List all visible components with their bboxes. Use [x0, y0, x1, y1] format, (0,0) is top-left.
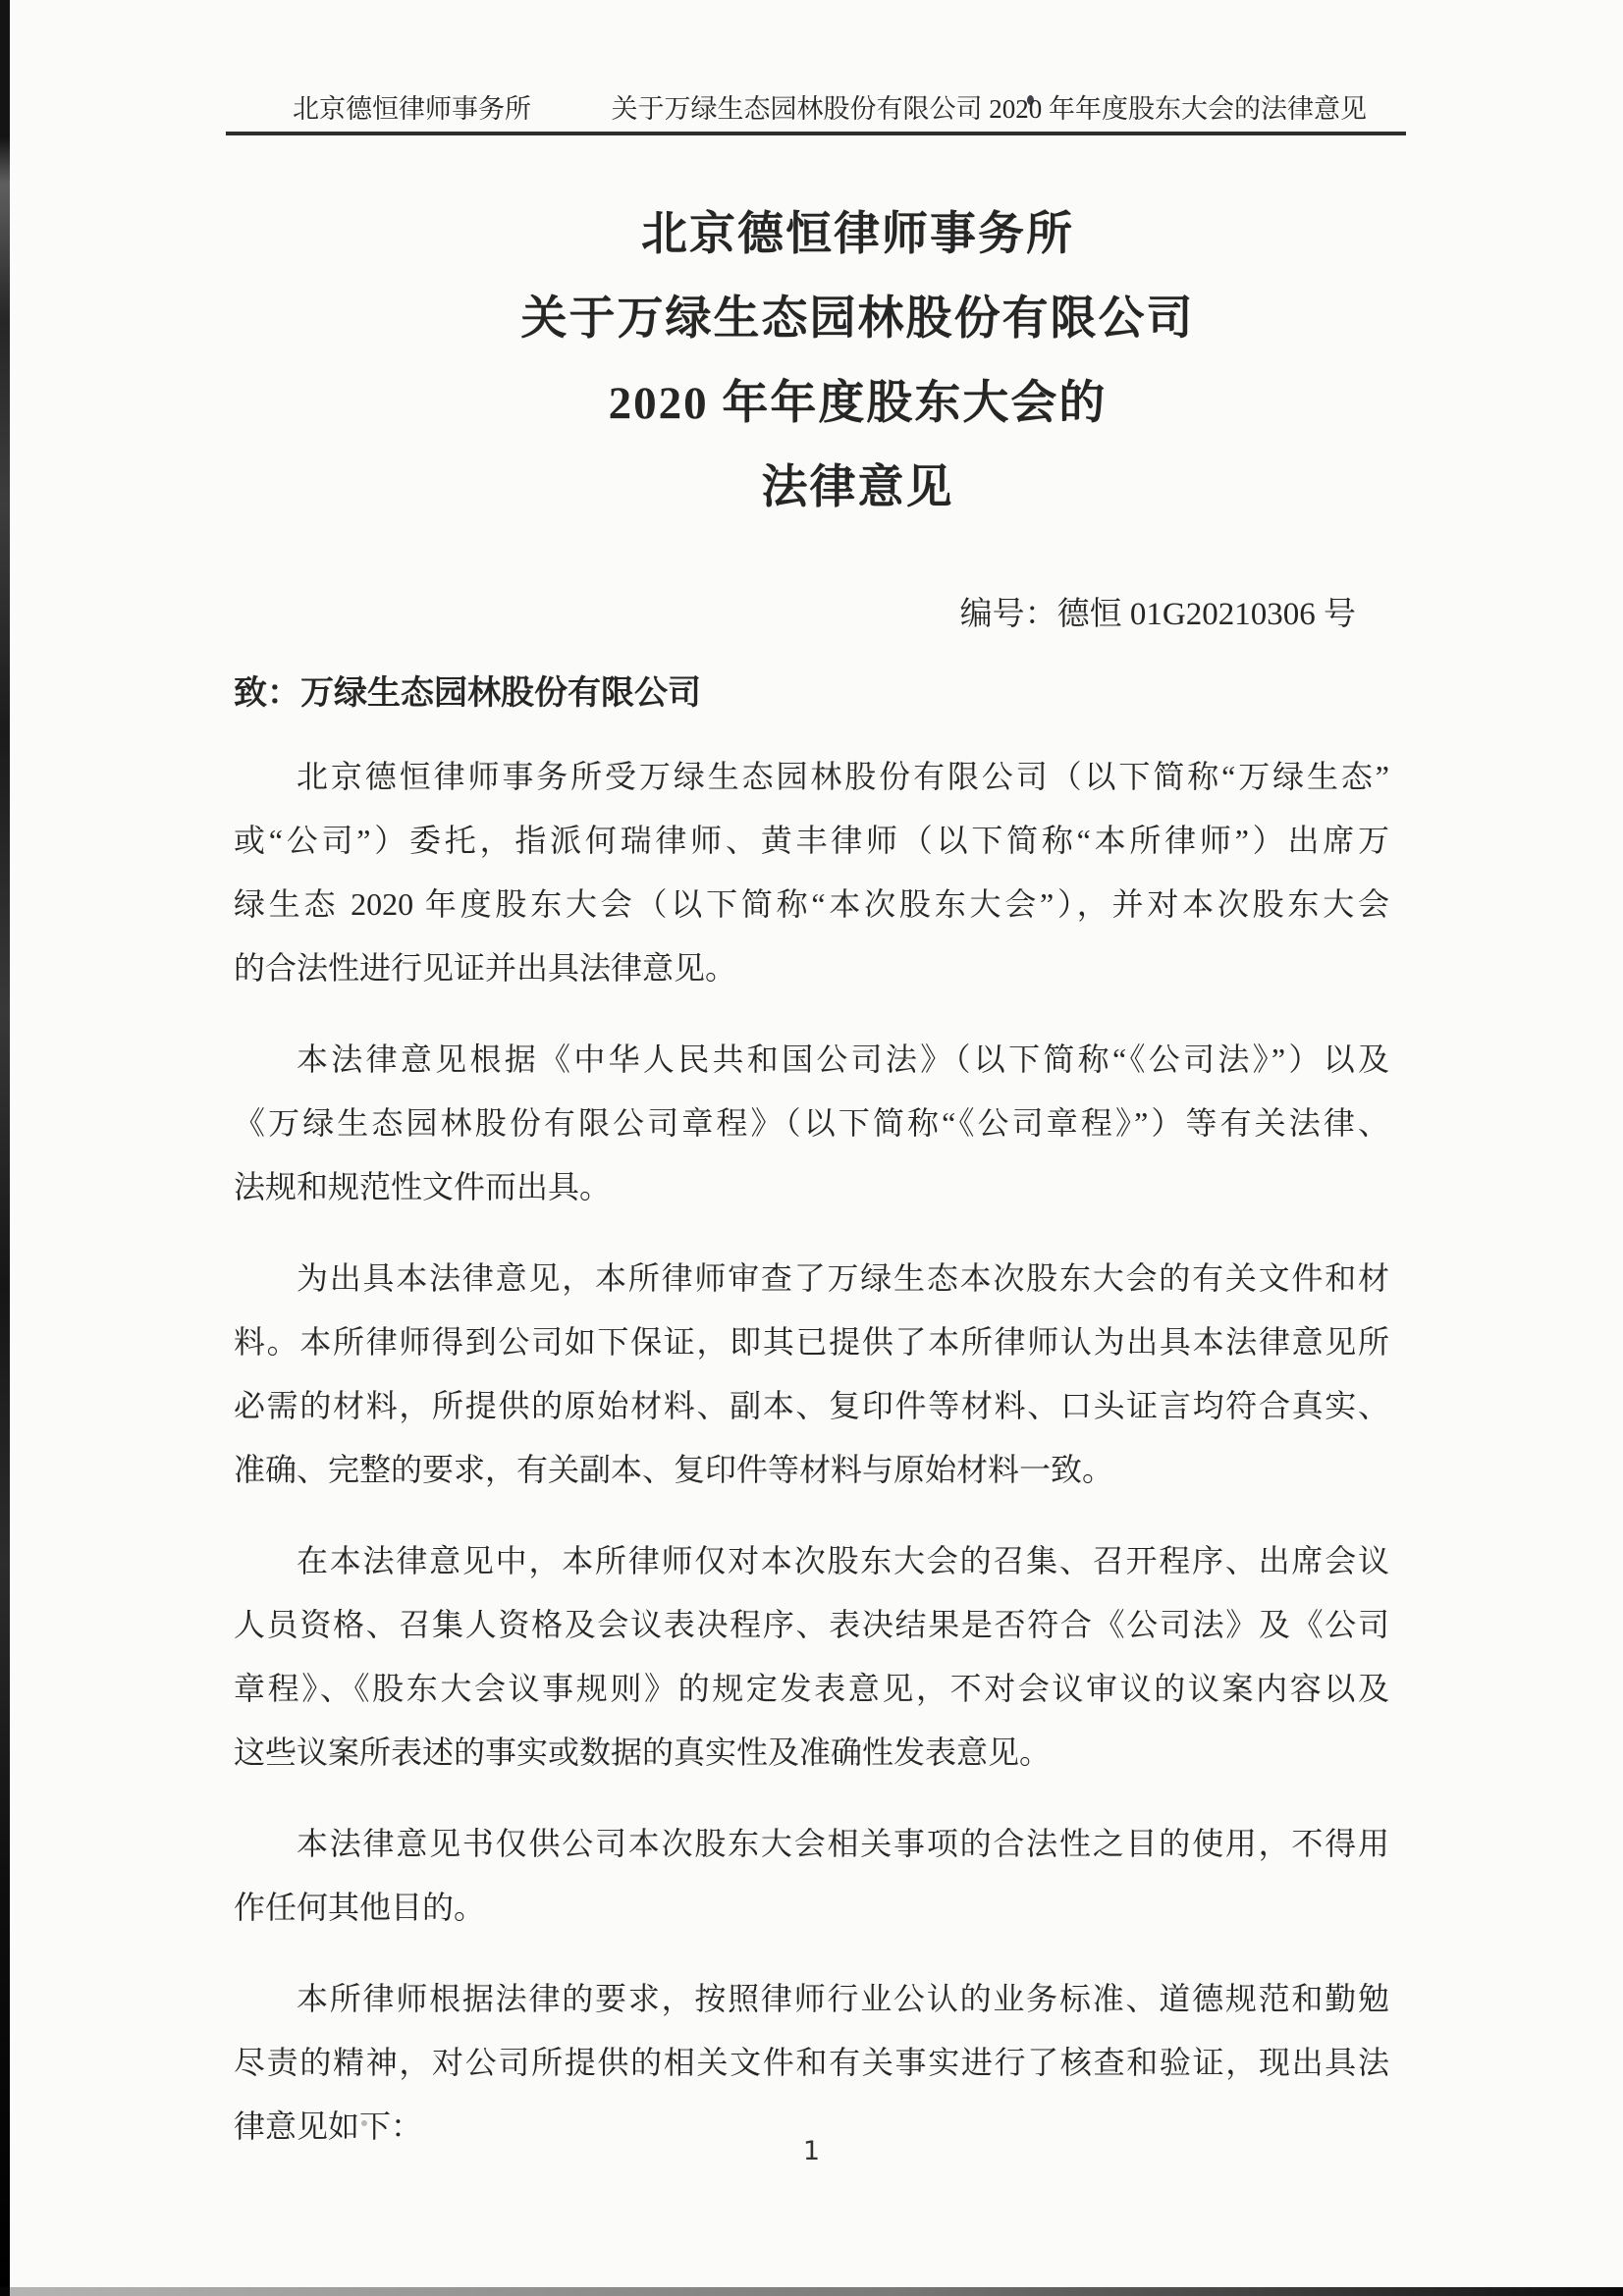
paragraph-line: 法规和规范性文件而出具。 [234, 1155, 1389, 1219]
paragraph: 本法律意见书仅供公司本次股东大会相关事项的合法性之目的使用，不得用作任何其他目的… [234, 1812, 1389, 1940]
paragraph-line: 《万绿生态园林股份有限公司章程》（以下简称“《公司章程》”）等有关法律、 [234, 1092, 1389, 1155]
paragraph-line: 北京德恒律师事务所受万绿生态园林股份有限公司（以下简称“万绿生态” [234, 745, 1389, 809]
paragraph-line: 作任何其他目的。 [234, 1876, 1389, 1940]
title-line-2: 关于万绿生态园林股份有限公司 [280, 277, 1435, 361]
paragraph-line: 准确、完整的要求，有关副本、复印件等材料与原始材料一致。 [234, 1438, 1389, 1502]
title-line-4: 法律意见 [280, 446, 1435, 530]
page-number: 1 [234, 2136, 1389, 2166]
paragraph-line: 料。本所律师得到公司如下保证，即其已提供了本所律师认为出具本法律意见所 [234, 1310, 1389, 1374]
scan-edge-left [0, 0, 10, 2296]
header-doc-title: 关于万绿生态园林股份有限公司 2020 年年度股东大会的法律意见 [612, 90, 1368, 128]
paragraph-line: 在本法律意见中，本所律师仅对本次股东大会的召集、召开程序、出席会议 [234, 1529, 1389, 1593]
paragraph-line: 人员资格、召集人资格及会议表决程序、表决结果是否符合《公司法》及《公司 [234, 1593, 1389, 1657]
addressee-line: 致：万绿生态园林股份有限公司 [234, 671, 701, 717]
header-firm-name: 北京德恒律师事务所 [293, 90, 531, 128]
scan-edge-bottom [0, 2287, 1623, 2296]
document-title: 北京德恒律师事务所 关于万绿生态园林股份有限公司 2020 年年度股东大会的 法… [280, 192, 1435, 530]
document-page: 北京德恒律师事务所 关于万绿生态园林股份有限公司 2020 年年度股东大会的法律… [0, 0, 1623, 2296]
paragraph: 本所律师根据法律的要求，按照律师行业公认的业务标准、道德规范和勤勉尽责的精神，对… [234, 1967, 1389, 2159]
paragraph-line: 绿生态 2020 年度股东大会（以下简称“本次股东大会”），并对本次股东大会 [234, 873, 1389, 936]
paragraph-line: 这些议案所表述的事实或数据的真实性及准确性发表意见。 [234, 1721, 1389, 1785]
paragraph: 为出具本法律意见，本所律师审查了万绿生态本次股东大会的有关文件和材料。本所律师得… [234, 1247, 1389, 1502]
reference-number: 编号：德恒 01G20210306 号 [234, 593, 1389, 636]
paragraph-line: 尽责的精神，对公司所提供的相关文件和有关事实进行了核查和验证，现出具法 [234, 2031, 1389, 2095]
paragraph-line: 为出具本法律意见，本所律师审查了万绿生态本次股东大会的有关文件和材 [234, 1247, 1389, 1310]
paragraph-line: 本法律意见根据《中华人民共和国公司法》（以下简称“《公司法》”）以及 [234, 1028, 1389, 1092]
paragraph-line: 章程》、《股东大会议事规则》的规定发表意见，不对会议审议的议案内容以及 [234, 1657, 1389, 1721]
paragraph-line: 本法律意见书仅供公司本次股东大会相关事项的合法性之目的使用，不得用 [234, 1812, 1389, 1876]
paragraph-line: 必需的材料，所提供的原始材料、副本、复印件等材料、口头证言均符合真实、 [234, 1374, 1389, 1438]
paragraph-line: 本所律师根据法律的要求，按照律师行业公认的业务标准、道德规范和勤勉 [234, 1967, 1389, 2031]
paragraph-line: 的合法性进行见证并出具法律意见。 [234, 936, 1389, 1000]
title-line-1: 北京德恒律师事务所 [280, 192, 1435, 277]
body-paragraphs: 北京德恒律师事务所受万绿生态园林股份有限公司（以下简称“万绿生态”或“公司”）委… [234, 745, 1389, 2186]
paragraph: 本法律意见根据《中华人民共和国公司法》（以下简称“《公司法》”）以及《万绿生态园… [234, 1028, 1389, 1219]
title-line-3: 2020 年年度股东大会的 [280, 361, 1435, 446]
page-header: 北京德恒律师事务所 关于万绿生态园林股份有限公司 2020 年年度股东大会的法律… [226, 90, 1406, 135]
paragraph: 北京德恒律师事务所受万绿生态园林股份有限公司（以下简称“万绿生态”或“公司”）委… [234, 745, 1389, 1000]
paragraph-line: 或“公司”）委托，指派何瑞律师、黄丰律师（以下简称“本所律师”）出席万 [234, 809, 1389, 873]
paragraph: 在本法律意见中，本所律师仅对本次股东大会的召集、召开程序、出席会议人员资格、召集… [234, 1529, 1389, 1785]
